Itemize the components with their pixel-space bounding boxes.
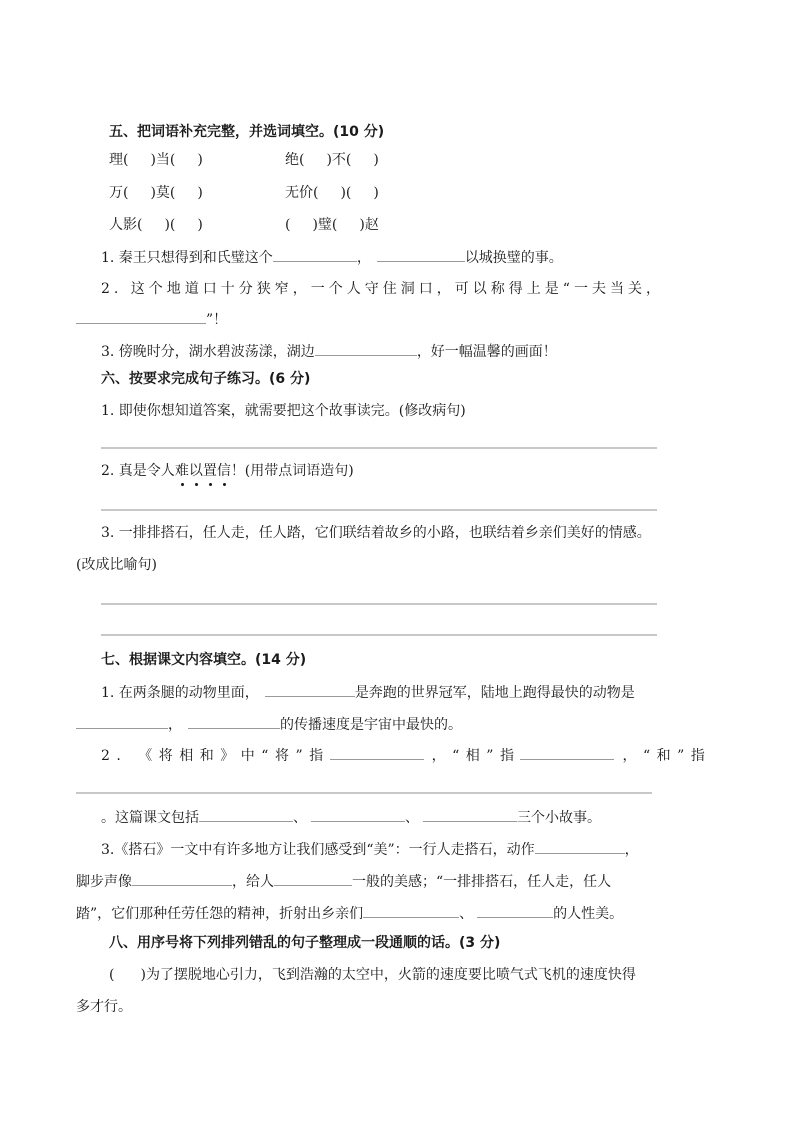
answer-line[interactable] [76,792,652,794]
dotted-char: 难 [175,461,189,481]
idiom-6: ()璧()赵 [285,215,379,235]
section-8-title: 八、用序号将下列排列错乱的句子整理成一段通顺的话。(3 分) [109,933,500,953]
answer-blank[interactable] [311,807,405,822]
s5-question-3: 3. 傍晚时分，湖水碧波荡漾，湖边，好一幅温馨的画面！ [101,341,557,362]
s7-question-3-cont2: 踏”，它们那种任劳任怨的精神，折射出乡亲们、的人性美。 [76,903,623,924]
answer-line[interactable] [101,603,657,605]
answer-blank[interactable] [535,839,625,854]
answer-blank[interactable] [132,871,232,886]
idiom-1: 理()当() [109,150,203,170]
answer-line[interactable] [101,447,657,449]
s8-item-1: ()为了摆脱地心引力，飞到浩瀚的太空中，火箭的速度要比喷气式飞机的速度快得 [109,965,636,985]
answer-blank[interactable] [377,247,465,262]
answer-line[interactable] [101,634,657,636]
dotted-char: 以 [189,461,203,481]
idiom-3: 万()莫() [109,183,203,203]
answer-line[interactable] [101,509,657,511]
s8-item-1-cont: 多才行。 [76,997,132,1017]
s7-question-1: 1. 在两条腿的动物里面，是奔跑的世界冠军，陆地上跑得最快的动物是 [101,682,635,703]
s7-question-2-cont: 。这篇课文包括、、三个小故事。 [101,807,601,828]
idiom-5: 人影()() [109,215,203,235]
answer-blank[interactable] [274,871,352,886]
answer-blank[interactable] [265,682,355,697]
s5-question-2-cont: ”！ [76,309,227,330]
answer-blank[interactable] [315,341,417,356]
dotted-char: 置 [203,461,217,481]
answer-blank[interactable] [477,903,553,918]
s6-question-3-cont: (改成比喻句) [76,555,157,575]
s7-question-3: 3.《搭石》一文中有许多地方让我们感受到“美”：一行人走搭石，动作， [101,839,639,860]
s7-question-2: 2. 《将相和》中“将”指，“相”指，“和”指 [101,745,711,766]
s7-question-1-cont: ，的传播速度是宇宙中最快的。 [76,714,462,735]
s6-question-3: 3. 一排排搭石，任人走，任人踏，它们联结着故乡的小路，也联结着乡亲们美好的情感… [101,523,651,543]
idiom-2: 绝()不() [285,150,379,170]
answer-blank[interactable] [76,309,206,324]
section-7-title: 七、根据课文内容填空。(14 分) [101,650,306,670]
s7-question-3-cont: 脚步声像，给人一般的美感；“一排排搭石，任人走，任人 [76,871,611,892]
s6-question-2: 2. 真是令人难以置信！(用带点词语造句) [101,461,354,481]
idiom-4: 无价()() [285,183,379,203]
answer-blank[interactable] [520,745,614,760]
s5-question-1: 1. 秦王只想得到和氏璧这个，以城换璧的事。 [101,247,563,268]
answer-blank[interactable] [199,807,293,822]
answer-blank[interactable] [188,714,280,729]
s5-question-2: 2. 这个地道口十分狭窄，一个人守住洞口，可以称得上是“一夫当关， [101,279,664,299]
dotted-char: 信 [217,461,231,481]
section-6-title: 六、按要求完成句子练习。(6 分) [101,369,310,389]
answer-blank[interactable] [76,714,168,729]
answer-blank[interactable] [330,745,424,760]
s6-question-1: 1. 即使你想知道答案，就需要把这个故事读完。(修改病句) [101,401,466,421]
answer-blank[interactable] [423,807,517,822]
section-5-title: 五、把词语补充完整，并选词填空。(10 分) [109,122,384,142]
answer-blank[interactable] [273,247,357,262]
answer-blank[interactable] [363,903,459,918]
